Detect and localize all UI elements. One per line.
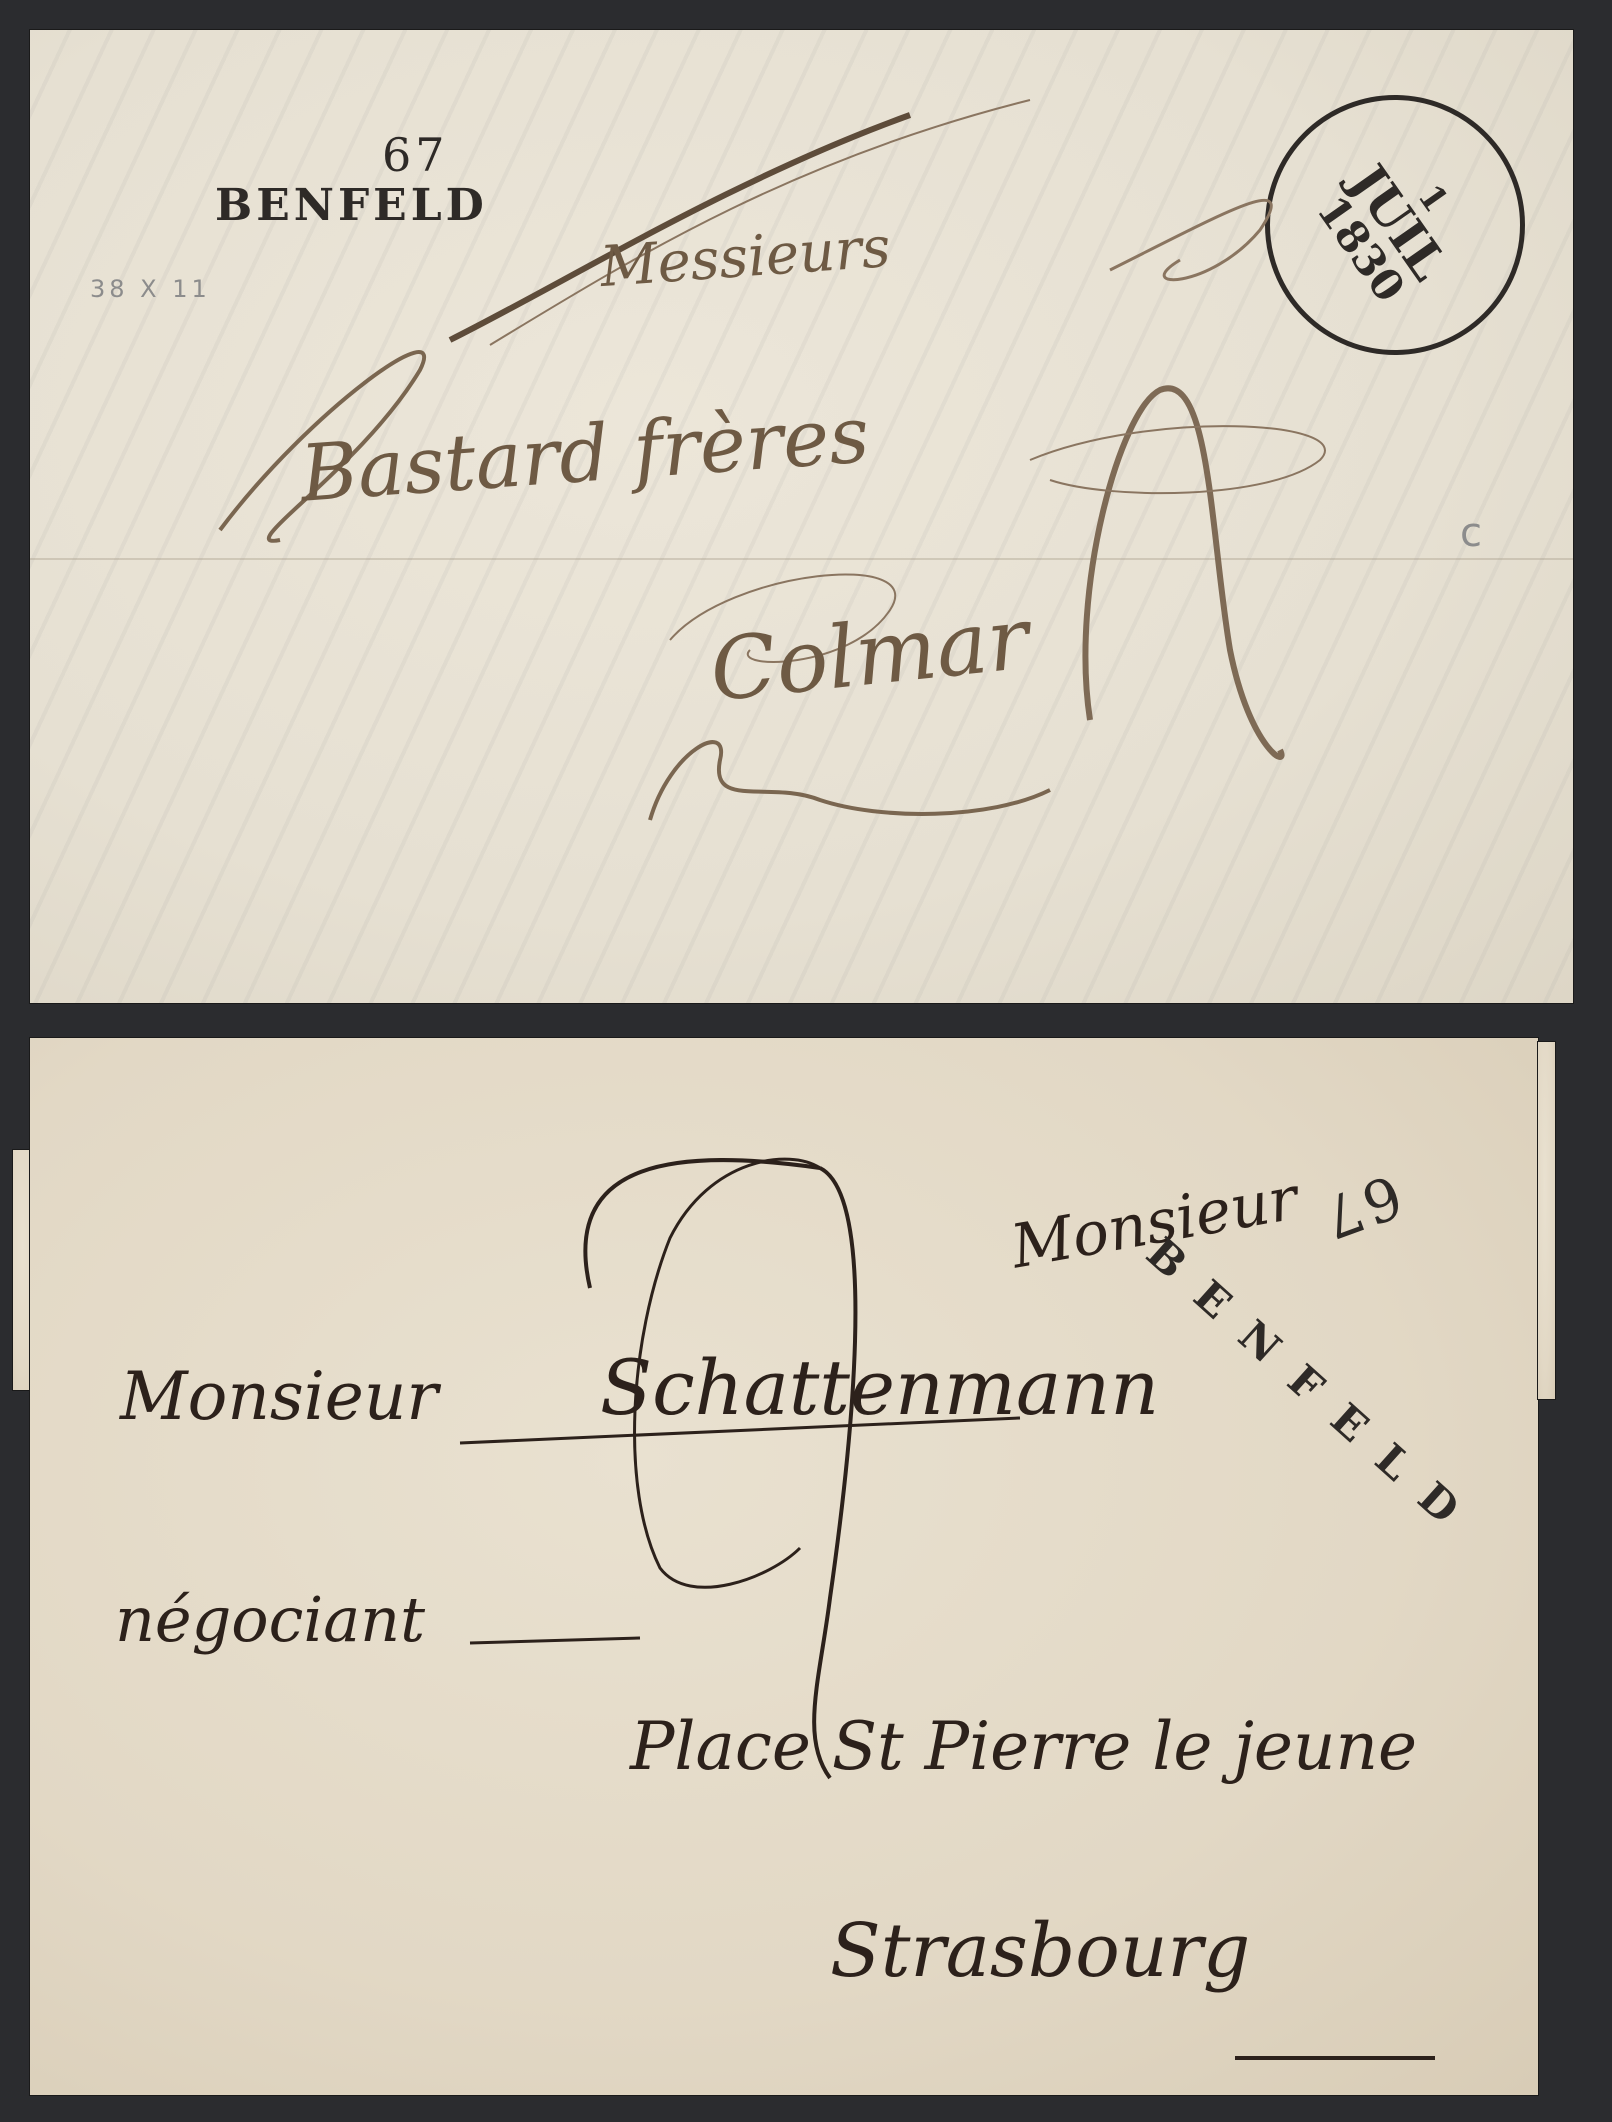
letter-2-right-flap — [1538, 1042, 1555, 1399]
address-city: Strasbourg — [830, 1908, 1250, 1994]
flourish-strokes — [30, 30, 1573, 1003]
letter-cover-2: Monsieur 67 BENFELD Monsieur Schattenman… — [30, 1038, 1538, 2095]
address-name: Schattenmann — [600, 1343, 1159, 1432]
letter-cover-1: 67 BENFELD 38 X 11 c 1 JUIL 1830 Messieu… — [30, 30, 1573, 1003]
address-occupation: négociant — [115, 1583, 425, 1656]
address-street: Place St Pierre le jeune — [630, 1708, 1417, 1785]
rate-mark-2 — [30, 1038, 1538, 2095]
address-salutation: Monsieur — [120, 1358, 438, 1435]
